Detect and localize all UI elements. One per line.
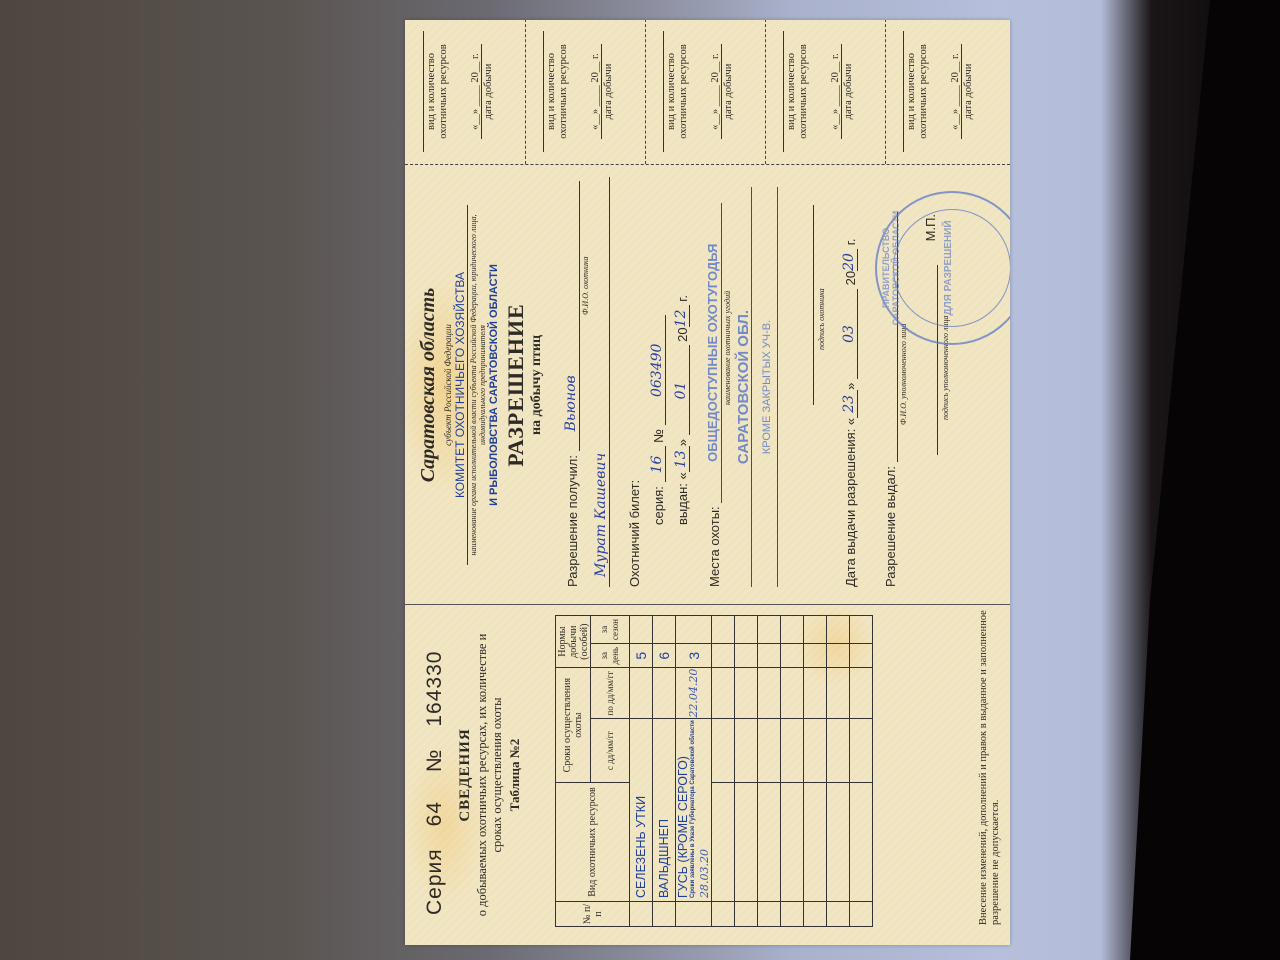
places-caption: наименование охотничьих угодий [723, 291, 732, 405]
table-row [804, 616, 827, 927]
number-value: 164330 [423, 651, 446, 727]
issue-month: 03 [841, 289, 858, 379]
coupon-date-template: «__» ____ 20__ г. [710, 20, 721, 164]
table-row: СЕЛЕЗЕНЬ УТКИ 5 [630, 616, 653, 927]
ticket-number-label: № [651, 429, 666, 443]
coupon-date-template: «__» ____ 20__ г. [830, 20, 841, 164]
tear-off-coupons: вид и количество охотничьих ресурсов «__… [405, 20, 1010, 165]
ticket-issued-label: выдан: [675, 483, 690, 525]
ticket-series-value: 16 [649, 447, 666, 483]
ticket-series-label: серия: [651, 486, 666, 525]
series-value: 64 [423, 801, 446, 826]
ticket-issued-year: 12 [673, 305, 690, 327]
header-norms: Нормы добычи (особей) [556, 616, 591, 668]
to-cell [653, 668, 676, 719]
header-period-from: с дд/мм/гг [591, 719, 630, 783]
dark-background-edge [1130, 0, 1280, 960]
coupon-date-caption: дата добычи [841, 44, 854, 139]
resource-cell: СЕЛЕЗЕНЬ УТКИ [630, 719, 653, 902]
coupon-date-template: «__» ____ 20__ г. [590, 20, 601, 164]
permit-section: Саратовская область субъект Российской Ф… [405, 165, 1010, 605]
hunter-sign-caption: подпись охотника [817, 288, 826, 350]
year-suffix: г. [843, 239, 858, 246]
coupon-date-caption: дата добычи [481, 44, 494, 139]
coupon-label: вид и количество охотничьих ресурсов [903, 31, 930, 152]
header-norm-day: за день [591, 644, 630, 668]
resources-table-section: Серия64 №164330 СВЕДЕНИЯ о добываемых ох… [405, 604, 1010, 945]
places-row: Места охоты: ОБЩЕДОСТУПНЫЕ ОХОТУГОДЬЯ [705, 203, 722, 587]
header-num: № п/п [556, 902, 630, 927]
from-date: 28.03.20 [698, 849, 711, 898]
to-cell: 22.04.20 [676, 668, 712, 719]
section-title: СВЕДЕНИЯ [457, 605, 474, 945]
norm-season-cell [653, 616, 676, 644]
coupon-label: вид и количество охотничьих ресурсов [543, 31, 570, 152]
header-period-to: по дд/мм/гг [591, 668, 630, 719]
number-label: № [423, 749, 446, 773]
coupon-date-caption: дата добычи [601, 44, 614, 139]
footnote: Внесение изменений, дополнений и правок … [978, 605, 1002, 925]
year-suffix: г. [675, 295, 690, 302]
norm-season-cell [676, 616, 712, 644]
series-number: Серия64 №164330 [423, 629, 447, 915]
norm-day-cell: 6 [653, 644, 676, 668]
section-subtitle: о добываемых охотничьих ресурсах, их кол… [475, 615, 505, 935]
coupon: вид и количество охотничьих ресурсов «__… [645, 20, 766, 164]
places-stamp-line2: САРАТОВСКОЙ ОБЛ. [735, 187, 752, 587]
hunting-permit-document: Серия64 №164330 СВЕДЕНИЯ о добываемых ох… [405, 20, 1010, 945]
table-row [735, 616, 758, 927]
table-row [758, 616, 781, 927]
hunter-signature-line [797, 205, 814, 405]
issued-by-label: Разрешение выдал: [883, 466, 898, 587]
stamp-outer-text: ПРАВИТЕЛЬСТВО САРАТОВСКОЙ ОБЛАСТИ [881, 193, 901, 343]
coupon: вид и количество охотничьих ресурсов «__… [405, 20, 526, 164]
received-row: Разрешение получил: Вьюнов [563, 181, 580, 587]
ticket-issued-year-prefix: 20 [675, 327, 690, 341]
received-surname: Вьюнов [563, 181, 580, 451]
ticket-label: Охотничий билет: [627, 480, 642, 587]
ticket-issued-row: выдан: «13» 01 2012 г. [673, 295, 690, 525]
issuing-organization-line1: КОМИТЕТ ОХОТНИЧЬЕГО ХОЗЯЙСТВА [453, 205, 468, 565]
issue-year-prefix: 20 [843, 271, 858, 285]
header-norm-season: за сезон [591, 616, 630, 644]
places-line3-row: КРОМЕ ЗАКРЫТЫХ УЧ-В. [761, 187, 778, 587]
norm-season-cell [630, 616, 653, 644]
resource-cell: ВАЛЬДШНЕП [653, 719, 676, 902]
issue-date-row: Дата выдачи разрешения: «23» 03 2020 г. [841, 239, 858, 588]
ticket-number-value: 063490 [649, 315, 666, 425]
norm-day-cell: 3 [676, 644, 712, 668]
header-resource: Вид охотничьих ресурсов [556, 783, 630, 902]
coupon-label: вид и количество охотничьих ресурсов [663, 31, 690, 152]
table-row: ВАЛЬДШНЕП 6 [653, 616, 676, 927]
coupon: вид и количество охотничьих ресурсов «__… [525, 20, 646, 164]
permit-subtitle: на добычу птиц [529, 165, 545, 605]
places-stamp-line1: ОБЩЕДОСТУПНЫЕ ОХОТУГОДЬЯ [705, 203, 722, 503]
issue-date-label: Дата выдачи разрешения: [843, 429, 858, 587]
table-row [781, 616, 804, 927]
coupon: вид и количество охотничьих ресурсов «__… [885, 20, 1005, 164]
issue-day: 23 [841, 390, 858, 418]
hunter-signature-row [797, 205, 814, 405]
organization-caption: наименование органа исполнительной власт… [469, 185, 487, 585]
coupon-label: вид и количество охотничьих ресурсов [423, 31, 450, 152]
received-name-row: Мурат Кашевич [593, 177, 610, 587]
table-row: ГУСЬ (КРОМЕ СЕРОГО) Сроки заявлены в Ука… [676, 616, 712, 927]
table-row [850, 616, 873, 927]
coupon: вид и количество охотничьих ресурсов «__… [765, 20, 886, 164]
places-label: Места охоты: [707, 506, 722, 587]
coupon-date-caption: дата добычи [721, 44, 734, 139]
permit-title: РАЗРЕШЕНИЕ [503, 165, 529, 605]
ticket-series-row: серия: 16 № 063490 [649, 315, 666, 525]
issuing-organization-line2: И РЫБОЛОВСТВА САРАТОВСКОЙ ОБЛАСТИ [488, 225, 500, 545]
ticket-issued-day: 13 [673, 446, 690, 472]
coupon-date-template: «__» ____ 20__ г. [950, 20, 961, 164]
received-name: Мурат Кашевич [593, 177, 610, 587]
table-row [712, 616, 735, 927]
issue-year: 20 [841, 249, 858, 271]
places-stamp-line3: КРОМЕ ЗАКРЫТЫХ УЧ-В. [761, 187, 778, 587]
stamp-center-text: ДЛЯ РАЗРЕШЕНИЙ [943, 193, 954, 343]
table-row [827, 616, 850, 927]
norm-day-cell: 5 [630, 644, 653, 668]
period-stamp-note: Сроки заявлены в Указе Губернатора Сарат… [690, 719, 697, 898]
resource-cell: ГУСЬ (КРОМЕ СЕРОГО) Сроки заявлены в Ука… [676, 719, 712, 902]
series-label: Серия [423, 848, 446, 915]
table-name: Таблица №2 [507, 605, 523, 945]
header-period: Сроки осуществления охоты [556, 668, 591, 783]
resource-name: ГУСЬ (КРОМЕ СЕРОГО) [676, 756, 690, 898]
to-cell [630, 668, 653, 719]
region-name: Саратовская область [417, 165, 440, 605]
received-label: Разрешение получил: [565, 455, 580, 587]
coupon-date-caption: дата добычи [961, 44, 974, 139]
official-round-stamp: ПРАВИТЕЛЬСТВО САРАТОВСКОЙ ОБЛАСТИ ДЛЯ РА… [875, 191, 1010, 345]
places-line2-row: САРАТОВСКОЙ ОБЛ. [735, 187, 752, 587]
fio-caption: Ф.И.О. охотника [581, 257, 590, 315]
subject-caption: субъект Российской Федерации [443, 165, 453, 605]
coupon-label: вид и количество охотничьих ресурсов [783, 31, 810, 152]
coupon-date-template: «__» ____ 20__ г. [470, 20, 481, 164]
ticket-issued-month: 01 [673, 345, 690, 435]
resources-table: № п/п Вид охотничьих ресурсов Сроки осущ… [555, 615, 873, 927]
